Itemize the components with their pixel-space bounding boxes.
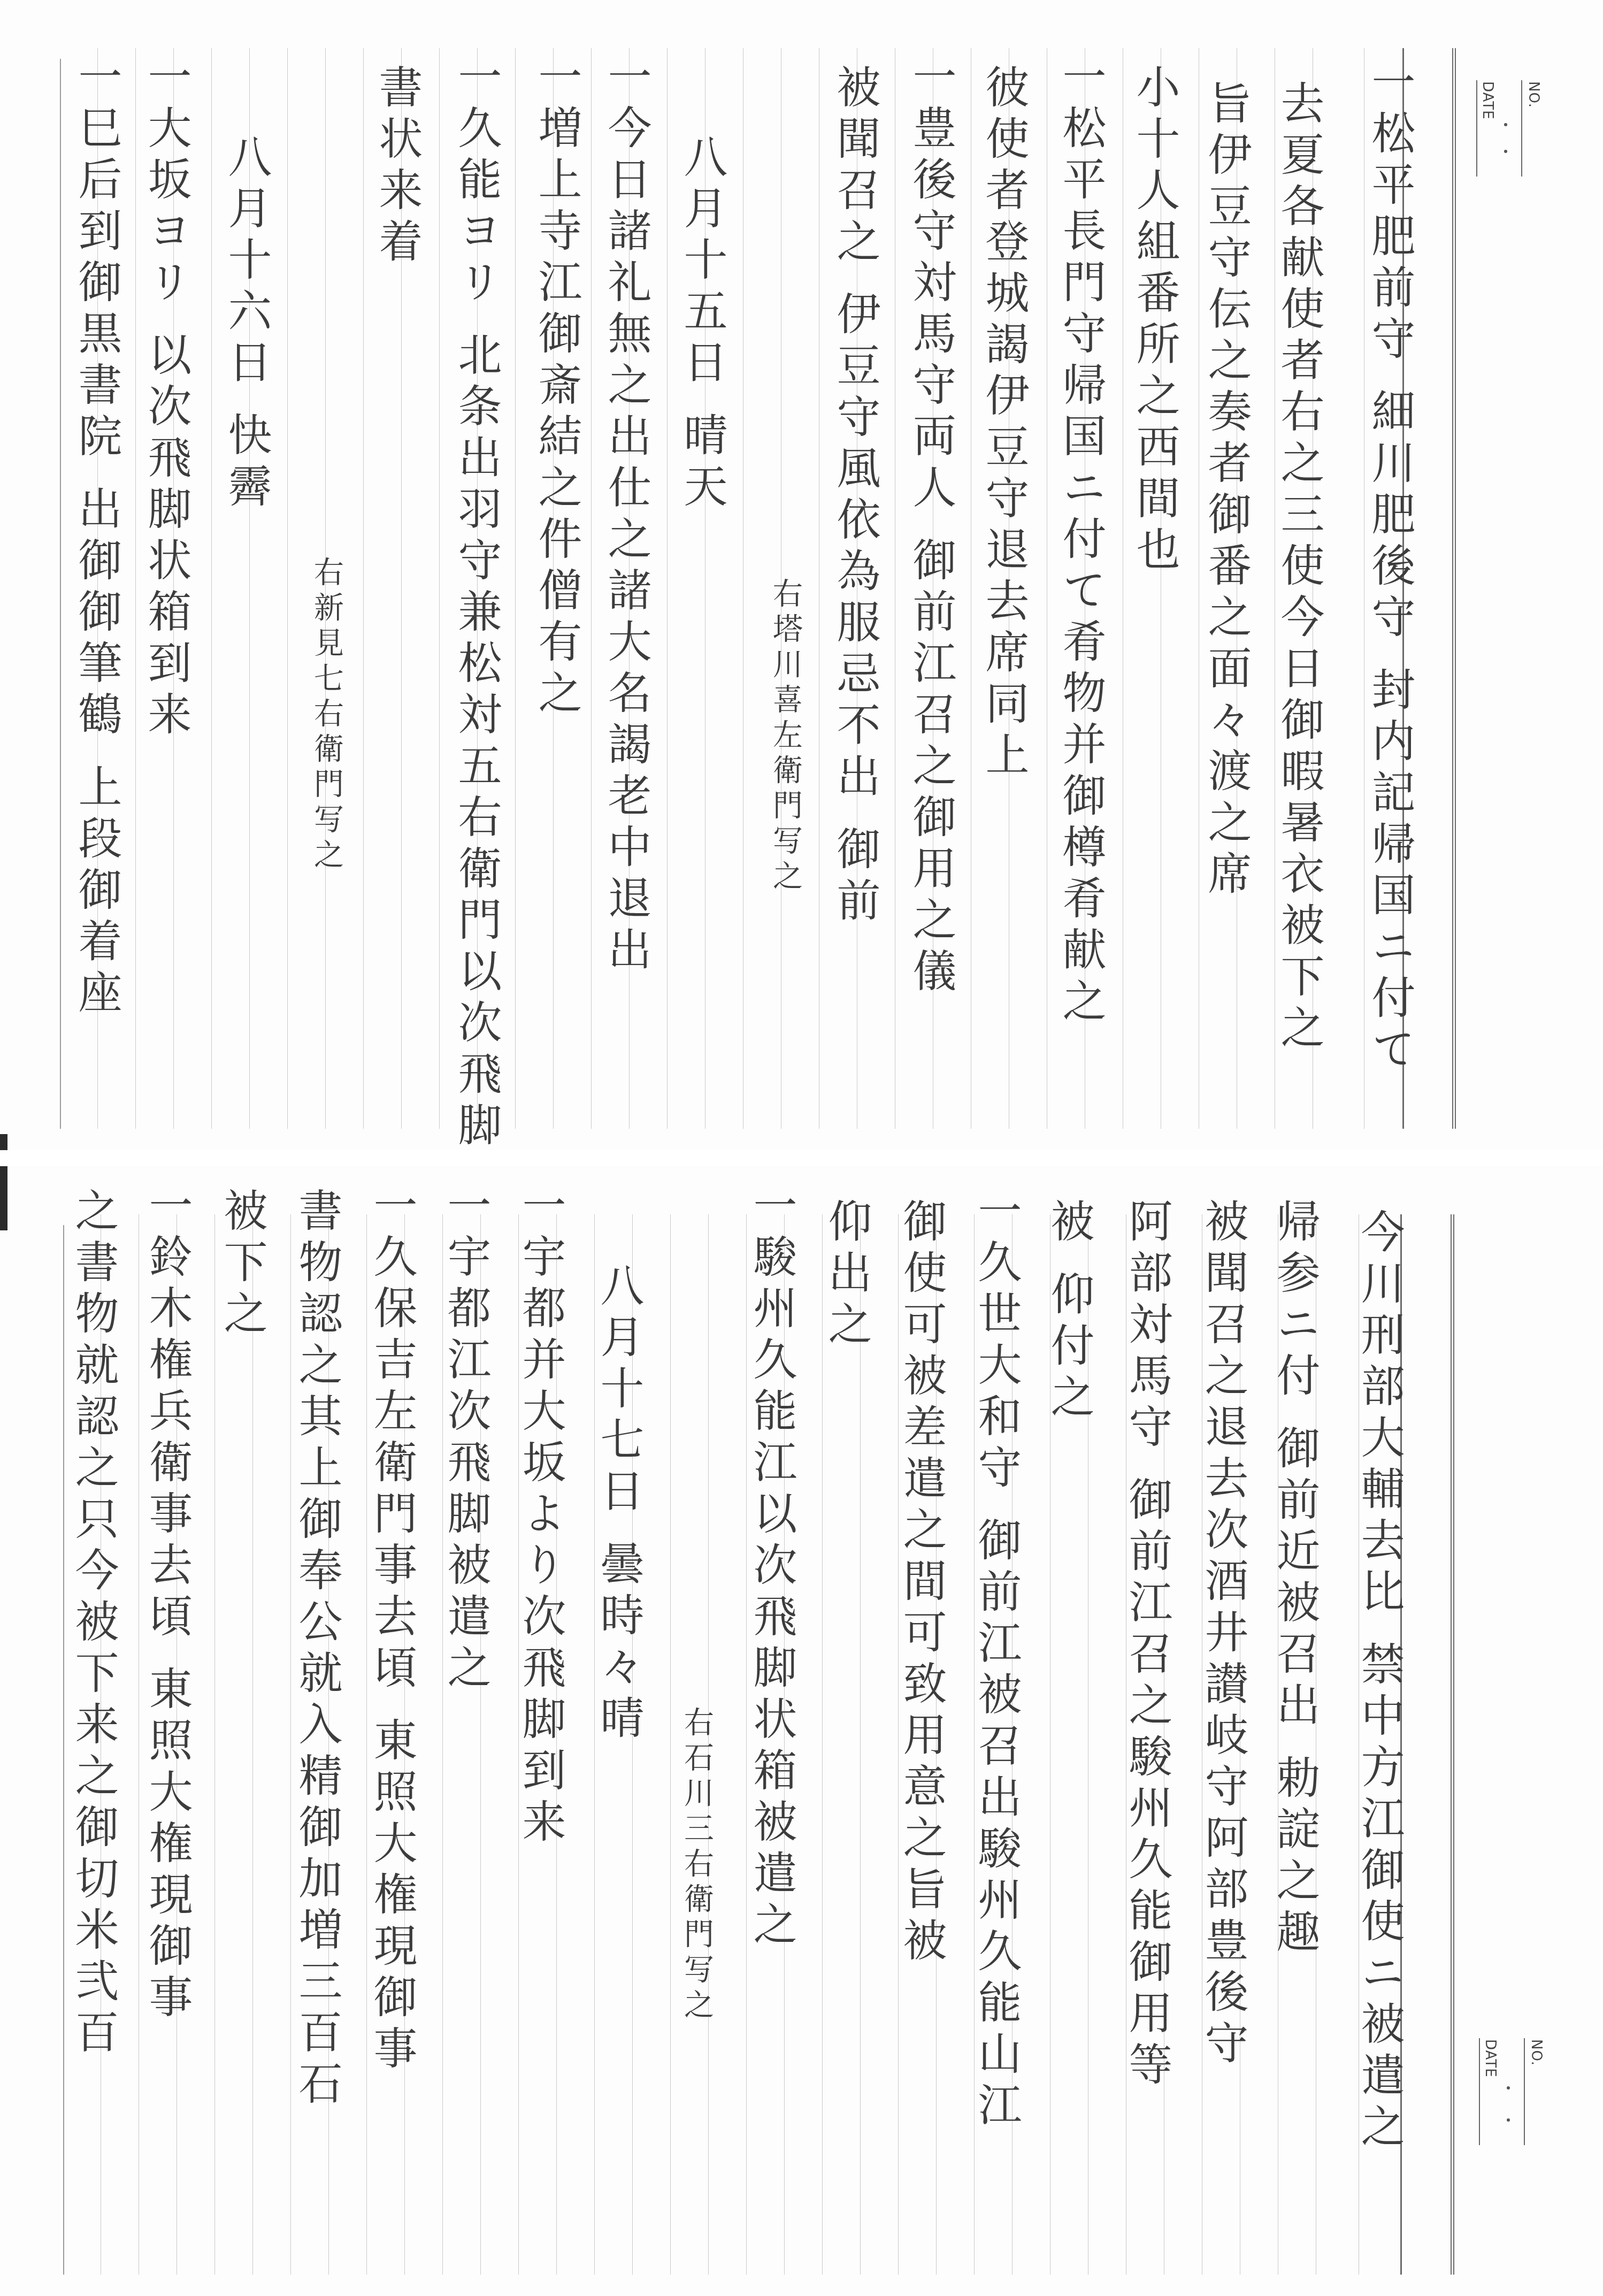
ruled-line — [139, 1214, 139, 2275]
ruled-line — [439, 48, 440, 1129]
ruled-line — [287, 48, 288, 1129]
date-separator-dot — [1504, 123, 1507, 126]
left-margin-line — [63, 1225, 64, 2275]
text-column: 一久世大和守 御前江被召出駿州久能山江 — [969, 1188, 1023, 2133]
date-separator-dot — [1507, 2086, 1510, 2090]
text-column: 被聞召之退去次酒井讃岐守阿部豊後守 — [1196, 1198, 1249, 2071]
ruled-line — [135, 48, 136, 1129]
ruled-line — [743, 48, 743, 1129]
ruled-line — [211, 48, 212, 1129]
ruled-line — [1047, 48, 1047, 1129]
text-column: 一巳后到御黒書院 出御御筆鶴 上段御着座 — [70, 53, 123, 1021]
no-label: NO. — [1525, 81, 1541, 108]
date-label: DATE — [1479, 81, 1495, 120]
text-column: 一今日諸礼無之出仕之諸大名謁老中退出 — [599, 53, 653, 978]
text-column: 被下之 — [215, 1188, 269, 1342]
ruled-line — [252, 1214, 253, 2275]
ruled-line — [515, 48, 516, 1129]
text-column: 書物認之其上御奉公就入精御加増三百石 — [290, 1188, 343, 2112]
date-heading: 八月十六日 快霽 — [219, 134, 273, 515]
text-column: 阿部対馬守 御前江召之駿州久能御用等 — [1120, 1198, 1174, 2093]
text-column: 小十人組番所之西間也 — [1128, 64, 1181, 578]
text-column: 一鈴木権兵衛事去頃 東照大権現御事 — [140, 1182, 194, 2025]
text-column: 一大坂ヨリ 以次飛脚状箱到来 — [139, 53, 193, 743]
no-date-header: DATE NO. — [1479, 2033, 1564, 2140]
copyist-note: 右新見七右衛門写之 — [300, 556, 353, 874]
ruled-line — [860, 1214, 861, 2275]
copyist-note: 右塔川喜左衛門写之 — [758, 578, 812, 896]
date-heading: 八月十五日 晴天 — [675, 134, 728, 515]
text-column: 帰参ニ付 御前近被召出 勅諚之趣 — [1268, 1198, 1321, 1960]
ruled-line — [971, 48, 971, 1129]
text-column: 書状来着 — [370, 64, 424, 270]
book-spine-shadow — [0, 1166, 7, 1230]
date-heading: 八月十七日 曇時々晴 — [592, 1262, 645, 1746]
text-column: 一宇都并大坂より次飛脚到来 — [513, 1182, 567, 1850]
ruled-line — [895, 48, 895, 1129]
notebook-page-bottom: DATE NO. 今川刑部大輔去比 禁中方江御使ニ被遣之 帰参ニ付 御前近被召出… — [0, 1166, 1603, 2296]
ruled-line — [1123, 48, 1123, 1129]
text-column: 一久能ヨリ 北条出羽守兼松対五右衛門以次飛脚 — [449, 53, 503, 1150]
text-column: 一駿州久能江以次飛脚状箱被遣之 — [745, 1182, 798, 1953]
ruled-line — [591, 48, 592, 1129]
text-column: 被聞召之 伊豆守風依為服忌不出 御前 — [828, 64, 881, 929]
book-spine-shadow — [0, 1134, 7, 1150]
date-separator-dot — [1504, 150, 1507, 153]
ruled-line — [667, 48, 668, 1129]
page-edge-double-line — [1451, 1214, 1454, 2275]
text-column: 被 仰付之 — [1042, 1198, 1095, 1425]
text-column: 一増上寺江御斎結之件僧有之 — [530, 53, 583, 721]
text-column: 一宇都江次飛脚被遣之 — [439, 1182, 492, 1696]
no-label: NO. — [1528, 2039, 1544, 2066]
page-edge-double-line — [1452, 48, 1456, 1129]
text-column: 今川刑部大輔去比 禁中方江御使ニ被遣之 — [1352, 1209, 1406, 2155]
notebook-page-top: DATE NO. 一松平肥前守 細川肥後守 封内記帰国ニ付て 去夏各献使者右之三… — [0, 0, 1603, 1150]
ruled-line — [819, 48, 819, 1129]
text-column: 旨伊豆守伝之奏者御番之面々渡之席 — [1199, 80, 1253, 902]
ruled-line — [822, 1214, 823, 2275]
text-column: 之書物就認之只今被下来之御切米弐百 — [66, 1188, 120, 2061]
no-date-header: DATE NO. — [1476, 75, 1562, 182]
ruled-line — [214, 1214, 215, 2275]
text-column: 去夏各献使者右之三使今日御暇暑衣被下之 — [1272, 80, 1325, 1056]
ruled-line — [363, 48, 364, 1129]
date-separator-dot — [1507, 2118, 1510, 2122]
text-column: 一久保吉左衛門事去頃 東照大権現御事 — [365, 1182, 418, 2077]
date-label: DATE — [1482, 2039, 1498, 2078]
copyist-note: 右石川三右衛門写之 — [670, 1706, 723, 2024]
left-margin-line — [60, 59, 61, 1129]
text-column: 一豊後守対馬守両人 御前江召之御用之儀 — [904, 53, 957, 999]
text-column: 一松平長門守帰国ニ付て肴物并御樽肴献之 — [1054, 53, 1107, 1029]
text-column: 一松平肥前守 細川肥後守 封内記帰国ニ付て — [1363, 59, 1416, 1077]
text-column: 仰出之 — [819, 1198, 873, 1352]
text-column: 彼使者登城謁伊豆守退去席同上 — [977, 64, 1030, 783]
text-column: 御使可被差遣之間可致用意之旨被 — [894, 1198, 948, 1969]
